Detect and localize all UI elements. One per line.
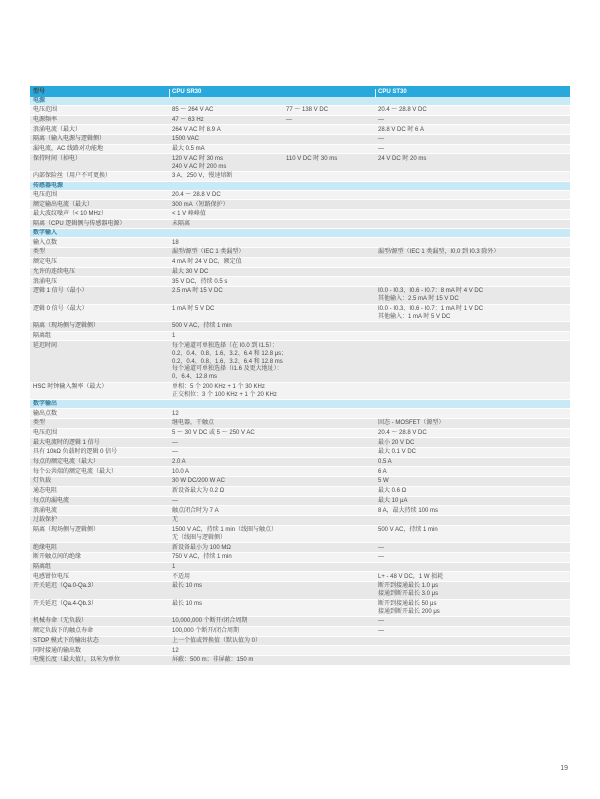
value-cpu2: — (378, 117, 384, 125)
spec-row: 灯负载30 W DC/200 W AC5 W (30, 477, 570, 487)
row-label: 保持时间（掉电） (33, 156, 81, 164)
value-cpu1: 每个通道可单独选择（在 I0.0 到 I1.5）：0.2、0.4、0.8、1.6… (172, 343, 287, 382)
row-label: HSC 时钟输入频率（最大） (33, 384, 107, 392)
spec-row: 浪涌电流触点闭合时为 7 A8 A，最大持续 100 ms (30, 506, 570, 516)
spec-row: 每点的额定电流（最大）2.0 A0.5 A (30, 458, 570, 468)
row-label: 电源频率 (33, 117, 57, 125)
value-cpu1: 10,000,000 个断开/闭合周期 (172, 618, 247, 626)
row-label: 开关延迟（Qa.4-Qb.3） (33, 601, 97, 609)
value-cpu1: 3 A、250 V，慢速熔断 (172, 173, 232, 181)
value-cpu2: 最大 0.1 V DC (378, 449, 416, 457)
value-cpu1: 30 W DC/200 W AC (172, 478, 225, 486)
spec-row: 开关延迟（Qa.0-Qa.3）最长 10 ms断开到接通最长 1.0 μs接通到… (30, 582, 570, 600)
spec-row: 输入点数18 (30, 238, 570, 248)
value-cpu1: 35 V DC，持续 0.5 s (172, 279, 227, 287)
spec-row: STOP 模式下的输出状态上一个值或替换值（默认值为 0） (30, 637, 570, 647)
row-label: 输入点数 (33, 240, 57, 248)
value-cpu1: 未隔离 (172, 221, 190, 229)
row-label: 输出点数 (33, 411, 57, 419)
spec-row: 隔离（输入电源与逻辑侧）1500 VAC— (30, 135, 570, 145)
value-cpu2: 6 A (378, 469, 387, 477)
row-label: 每点的额定电流（最大） (33, 459, 99, 467)
value-cpu1: 无 (172, 517, 178, 525)
value-cpu2: L+ - 48 V DC，1 W 损耗 (378, 574, 443, 582)
spec-row: 隔离（现场侧与逻辑侧）500 V AC，持续 1 min (30, 322, 570, 332)
value-cpu1: 上一个值或替换值（默认值为 0） (172, 638, 261, 646)
spec-row: 额定输出电流（最大）300 mA（短路保护） (30, 200, 570, 210)
value-cpu2: 断开到接通最长 1.0 μs接通到断开最长 3.0 μs (378, 583, 438, 599)
value-cpu1: 最长 10 ms (172, 583, 202, 591)
row-label: 额定输出电流（最大） (33, 202, 93, 210)
spec-row: 具有 10kΩ 负载时的逻辑 0 信号—最大 0.1 V DC (30, 448, 570, 458)
row-label: 电缆长度（最大值），以米为单位 (33, 657, 120, 665)
row-label: STOP 模式下的输出状态 (33, 638, 99, 646)
value-cpu1: 最大 0.5 mA (172, 146, 205, 154)
row-label: 过载保护 (33, 517, 57, 525)
spec-row: 隔离组1 (30, 332, 570, 342)
row-label: 通态电阻 (33, 488, 57, 496)
value-cpu1: 屏蔽：500 m；非屏蔽：150 m (172, 657, 253, 665)
row-label: 允许的连续电压 (33, 269, 75, 277)
value-cpu2: 漏型/源型（IEC 1 类漏型，I0.0 到 I0.3 除外） (378, 249, 499, 257)
spec-row: 开关延迟（Qa.4-Qb.3）最长 10 ms断开到接通最长 50 μs接通到断… (30, 600, 570, 618)
row-label: 隔离（现场侧与逻辑侧） (33, 323, 99, 331)
value-cpu1: 漏型/源型（IEC 1 类漏型） (172, 249, 244, 257)
value-cpu1: 1 (172, 333, 175, 341)
value-cpu2: — (378, 618, 384, 626)
row-label: 额定电压 (33, 259, 57, 267)
value-cpu2: 固态 - MOSFET（源型） (378, 420, 444, 428)
spec-row: 输出点数12 (30, 409, 570, 419)
row-label: 内部保险丝（用户不可更换） (33, 173, 111, 181)
value-cpu2: — (378, 554, 384, 562)
row-label: 逻辑 0 信号（最大） (33, 306, 88, 314)
row-label: 延迟时间 (33, 343, 57, 351)
value-cpu1: 12 (172, 648, 179, 656)
value-cpu1: 1500 VAC (172, 136, 199, 144)
spec-row: 额定负载下的触点寿命100,000 个断开/闭合周期— (30, 627, 570, 637)
spec-row: 电压范围5 ～ 30 V DC 或 5 ～ 250 V AC20.4 ～ 28.… (30, 429, 570, 439)
value-cpu1: 1 (172, 564, 175, 572)
spec-row: 同时接通的输出数12 (30, 646, 570, 656)
row-label: 浪涌电流（最大） (33, 127, 81, 135)
row-label: 电压范围 (33, 107, 57, 115)
header-divider (169, 89, 170, 98)
header-cpu1-label: CPU SR30 (172, 89, 201, 97)
value-cpu1: 1 mA 时 5 V DC (172, 306, 214, 314)
value-cpu2: 最大 10 μA (378, 498, 407, 506)
row-label: 每个公共端的额定电流（最大） (33, 469, 117, 477)
row-label: 隔离组 (33, 564, 51, 572)
value-cpu1: 12 (172, 411, 179, 419)
section-header: 电源 (30, 97, 570, 106)
row-label: 绝缘电阻 (33, 545, 57, 553)
value-cpu2: I0.0 - I0.3、I0.6 - I0.7：8 mA 时 4 V DC其他输… (378, 288, 483, 304)
section-header: 数字输入 (30, 229, 570, 238)
value-cpu1: 4 mA 时 24 V DC，额定值 (172, 259, 242, 267)
value-cpu1: 5 ～ 30 V DC 或 5 ～ 250 V AC (172, 430, 255, 438)
spec-row: 隔离（现场侧与逻辑侧）1500 V AC，持续 1 min（线圈与触点）无（线圈… (30, 526, 570, 544)
value-cpu2: — (378, 628, 384, 636)
value-cpu2: 20.4 ～ 28.8 V DC (378, 107, 427, 115)
spec-table: 型号 CPU SR30 CPU ST30 电源电压范围85 ～ 264 V AC… (30, 86, 570, 666)
value-cpu1-dc: 110 V DC 时 30 ms (286, 156, 337, 164)
value-cpu1-dc: — (286, 117, 292, 125)
table-header-row: 型号 CPU SR30 CPU ST30 (30, 86, 570, 97)
value-cpu2: 28.8 V DC 时 6 A (378, 127, 424, 135)
spec-row: 类型漏型/源型（IEC 1 类漏型）漏型/源型（IEC 1 类漏型，I0.0 到… (30, 248, 570, 258)
spec-row: 通态电阻新设备最大为 0.2 Ω最大 0.6 Ω (30, 487, 570, 497)
spec-row: 浪涌电压35 V DC，持续 0.5 s (30, 277, 570, 287)
value-cpu1: 300 mA（短路保护） (172, 202, 229, 210)
spec-row: 内部保险丝（用户不可更换）3 A、250 V，慢速熔断 (30, 172, 570, 182)
row-label: 最大波纹噪声（< 10 MHz） (33, 211, 107, 219)
value-cpu2: 0.5 A (378, 459, 392, 467)
header-model-label: 型号 (33, 89, 45, 97)
value-cpu1: 最大 30 V DC (172, 269, 208, 277)
value-cpu1: — (172, 498, 178, 506)
spec-row: 绝缘电阻新设备最小为 100 MΩ— (30, 543, 570, 553)
spec-row: 隔离（CPU 逻辑侧与传感器电源）未隔离 (30, 220, 570, 230)
row-label: 电压范围 (33, 430, 57, 438)
value-cpu1: 20.4 ～ 28.8 V DC (172, 192, 221, 200)
row-label: 浪涌电压 (33, 279, 57, 287)
spec-row: 电压范围85 ～ 264 V AC77 ～ 138 V DC20.4 ～ 28.… (30, 106, 570, 116)
table-body: 电源电压范围85 ～ 264 V AC77 ～ 138 V DC20.4 ～ 2… (30, 97, 570, 666)
value-cpu1: 1500 V AC，持续 1 min（线圈与触点）无（线圈与逻辑侧） (172, 527, 277, 543)
value-cpu1: 新设备最大为 0.2 Ω (172, 488, 224, 496)
value-cpu1-dc: 77 ～ 138 V DC (286, 107, 328, 115)
spec-row: 保持时间（掉电）120 V AC 时 30 ms240 V AC 时 200 m… (30, 154, 570, 172)
row-label: 类型 (33, 249, 45, 257)
value-cpu2: 断开到接通最长 50 μs接通到断开最长 200 μs (378, 601, 440, 617)
spec-row: 每点的漏电流—最大 10 μA (30, 497, 570, 507)
value-cpu1: 500 V AC，持续 1 min (172, 323, 232, 331)
spec-row: 逻辑 0 信号（最大）1 mA 时 5 V DCI0.0 - I0.3、I0.6… (30, 305, 570, 323)
spec-row: 类型继电器，干触点固态 - MOSFET（源型） (30, 419, 570, 429)
row-label: 电感钳位电压 (33, 574, 69, 582)
row-label: 电压范围 (33, 192, 57, 200)
row-label: 机械寿命（无负载） (33, 618, 87, 626)
row-label: 类型 (33, 420, 45, 428)
value-cpu1: 2.5 mA 时 15 V DC (172, 288, 223, 296)
row-label: 同时接通的输出数 (33, 648, 81, 656)
spec-row: HSC 时钟输入频率（最大）单相：5 个 200 KHz + 1 个 30 KH… (30, 383, 570, 401)
row-label: 每点的漏电流 (33, 498, 69, 506)
spec-row: 额定电压4 mA 时 24 V DC，额定值 (30, 258, 570, 268)
value-cpu1: 2.0 A (172, 459, 186, 467)
row-label: 隔离组 (33, 333, 51, 341)
spec-row: 允许的连续电压最大 30 V DC (30, 268, 570, 278)
value-cpu2: 最小 20 V DC (378, 440, 414, 448)
value-cpu1: 120 V AC 时 30 ms240 V AC 时 200 ms (172, 156, 226, 172)
value-cpu1: 新设备最小为 100 MΩ (172, 545, 231, 553)
value-cpu1: 触点闭合时为 7 A (172, 508, 219, 516)
row-label: 逻辑 1 信号（最小） (33, 288, 88, 296)
catalog-page: 型号 CPU SR30 CPU ST30 电源电压范围85 ～ 264 V AC… (0, 0, 600, 799)
value-cpu1: — (172, 440, 178, 448)
value-cpu2: 5 W (378, 478, 389, 486)
spec-row: 电感钳位电压不适用L+ - 48 V DC，1 W 损耗 (30, 572, 570, 582)
row-label: 最大电流时的逻辑 1 信号 (33, 440, 100, 448)
value-cpu1: 85 ～ 264 V AC (172, 107, 213, 115)
value-cpu1: — (172, 449, 178, 457)
row-label: 断开触点间的绝缘 (33, 554, 81, 562)
spec-row: 隔离组1 (30, 563, 570, 573)
value-cpu2: I0.0 - I0.3、I0.6 - I0.7：1 mA 时 1 V DC其他输… (378, 306, 483, 322)
value-cpu2: 500 V AC，持续 1 min (378, 527, 438, 535)
section-header: 数字输出 (30, 400, 570, 409)
header-cpu2-label: CPU ST30 (378, 89, 407, 97)
value-cpu1: 18 (172, 240, 179, 248)
spec-row: 逻辑 1 信号（最小）2.5 mA 时 15 V DCI0.0 - I0.3、I… (30, 287, 570, 305)
value-cpu1: 继电器，干触点 (172, 420, 214, 428)
value-cpu2: — (378, 136, 384, 144)
value-cpu1: 47 ～ 63 Hz (172, 117, 204, 125)
spec-row: 浪涌电流（最大）264 V AC 时 8.9 A28.8 V DC 时 6 A (30, 125, 570, 135)
value-cpu1: 10.0 A (172, 469, 189, 477)
header-divider (375, 89, 376, 98)
spec-row: 电源频率47 ～ 63 Hz—— (30, 116, 570, 126)
row-label: 灯负载 (33, 478, 51, 486)
section-header: 传感器电源 (30, 182, 570, 191)
row-label: 开关延迟（Qa.0-Qa.3） (33, 583, 97, 591)
row-label: 浪涌电流 (33, 508, 57, 516)
spec-row: 断开触点间的绝缘750 V AC，持续 1 min— (30, 553, 570, 563)
spec-row: 过载保护无 (30, 516, 570, 526)
spec-row: 延迟时间每个通道可单独选择（在 I0.0 到 I1.5）：0.2、0.4、0.8… (30, 341, 570, 382)
value-cpu1: 750 V AC，持续 1 min (172, 554, 232, 562)
row-label: 隔离（CPU 逻辑侧与传感器电源） (33, 221, 125, 229)
spec-row: 机械寿命（无负载）10,000,000 个断开/闭合周期— (30, 617, 570, 627)
row-label: 隔离（输入电源与逻辑侧） (33, 136, 105, 144)
value-cpu1: 单相：5 个 200 KHz + 1 个 30 KHz正交相位：3 个 100 … (172, 384, 277, 400)
spec-row: 电压范围20.4 ～ 28.8 V DC (30, 191, 570, 201)
value-cpu2: 8 A，最大持续 100 ms (378, 508, 438, 516)
value-cpu2: 20.4 ～ 28.8 V DC (378, 430, 427, 438)
value-cpu1: < 1 V 峰峰值 (172, 211, 206, 219)
value-cpu2: — (378, 545, 384, 553)
value-cpu1: 最长 10 ms (172, 601, 202, 609)
row-label: 额定负载下的触点寿命 (33, 628, 93, 636)
value-cpu1: 264 V AC 时 8.9 A (172, 127, 221, 135)
spec-row: 最大电流时的逻辑 1 信号—最小 20 V DC (30, 438, 570, 448)
value-cpu2: — (378, 146, 384, 154)
row-label: 具有 10kΩ 负载时的逻辑 0 信号 (33, 449, 117, 457)
row-label: 漏电流，AC 线路对功能地 (33, 146, 103, 154)
value-cpu1: 不适用 (172, 574, 190, 582)
value-cpu2: 最大 0.6 Ω (378, 488, 406, 496)
value-cpu2: 24 V DC 时 20 ms (378, 156, 426, 164)
row-label: 隔离（现场侧与逻辑侧） (33, 527, 99, 535)
page-number: 19 (560, 765, 568, 772)
spec-row: 漏电流，AC 线路对功能地最大 0.5 mA— (30, 145, 570, 155)
spec-row: 每个公共端的额定电流（最大）10.0 A6 A (30, 467, 570, 477)
spec-row: 电缆长度（最大值），以米为单位屏蔽：500 m；非屏蔽：150 m (30, 656, 570, 666)
value-cpu1: 100,000 个断开/闭合周期 (172, 628, 239, 636)
spec-row: 最大波纹噪声（< 10 MHz）< 1 V 峰峰值 (30, 210, 570, 220)
